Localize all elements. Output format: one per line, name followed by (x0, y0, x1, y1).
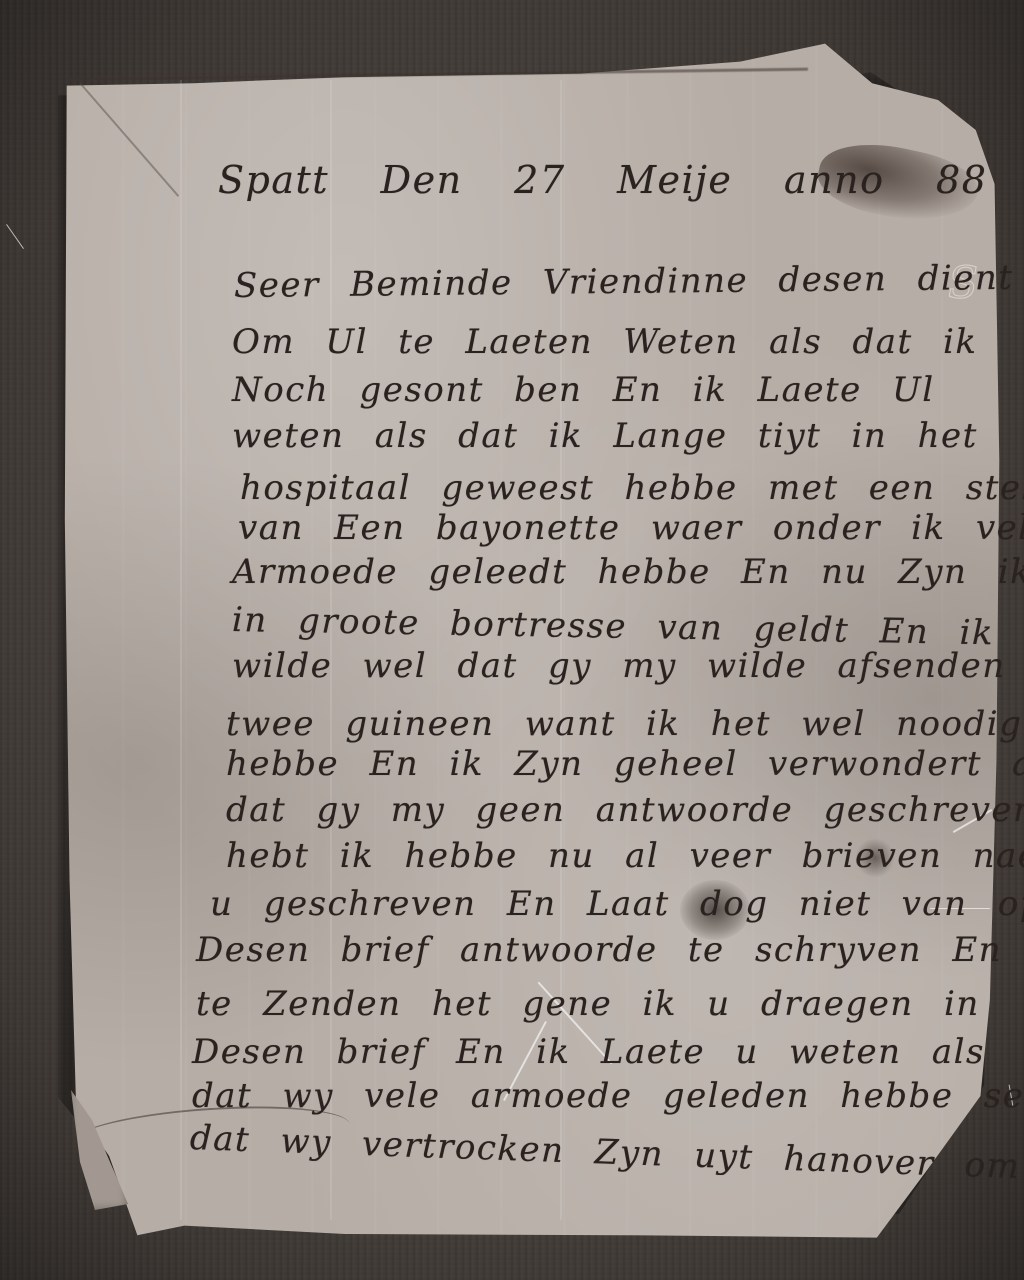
letter-line: Seer Beminde Vriendinne desen dient (234, 258, 1014, 306)
letter-line: twee guineen want ik het wel noodig (226, 704, 1022, 744)
letter-line: hebbe En ik Zyn geheel verwondert al (226, 744, 1024, 784)
letter-line: van Een bayonette waer onder ik vele (238, 508, 1024, 548)
letter-line: Noch gesont ben En ik Laete Ul (232, 370, 935, 410)
letter-dateline: Spatt Den 27 Meije anno 88 (218, 158, 987, 202)
letter-line: Desen brief antwoorde te schryven En op (196, 930, 1024, 970)
letter-line: Om Ul te Laeten Weten als dat ik (232, 322, 977, 362)
letter-line: Armoede geleedt hebbe En nu Zyn ik (232, 552, 1024, 592)
date: Den 27 Meije anno 88 (381, 158, 988, 202)
letter-line: dat wy vele armoede geleden hebbe sedert (192, 1076, 1024, 1116)
letter-line: Desen brief En ik Laete u weten als (192, 1032, 985, 1072)
letter-line: u geschreven En Laat dog niet van op (210, 884, 1024, 924)
letter-line: wilde wel dat gy my wilde afsenden (232, 646, 1006, 686)
letter-text: Spatt Den 27 Meije anno 88 Seer Beminde … (0, 0, 1024, 1280)
place-name: Spatt (218, 158, 329, 202)
letter-line: hospitaal geweest hebbe met een steke (240, 468, 1024, 508)
letter-line: te Zenden het gene ik u draegen in (196, 984, 980, 1024)
letter-line: hebt ik hebbe nu al veer brieven naer (226, 836, 1024, 876)
letter-line: dat wy vertrocken Zyn uyt hanover om (189, 1118, 1021, 1187)
letter-line: dat gy my geen antwoorde geschreven En (226, 790, 1024, 830)
letter-line: weten als dat ik Lange tiyt in het (232, 416, 978, 456)
